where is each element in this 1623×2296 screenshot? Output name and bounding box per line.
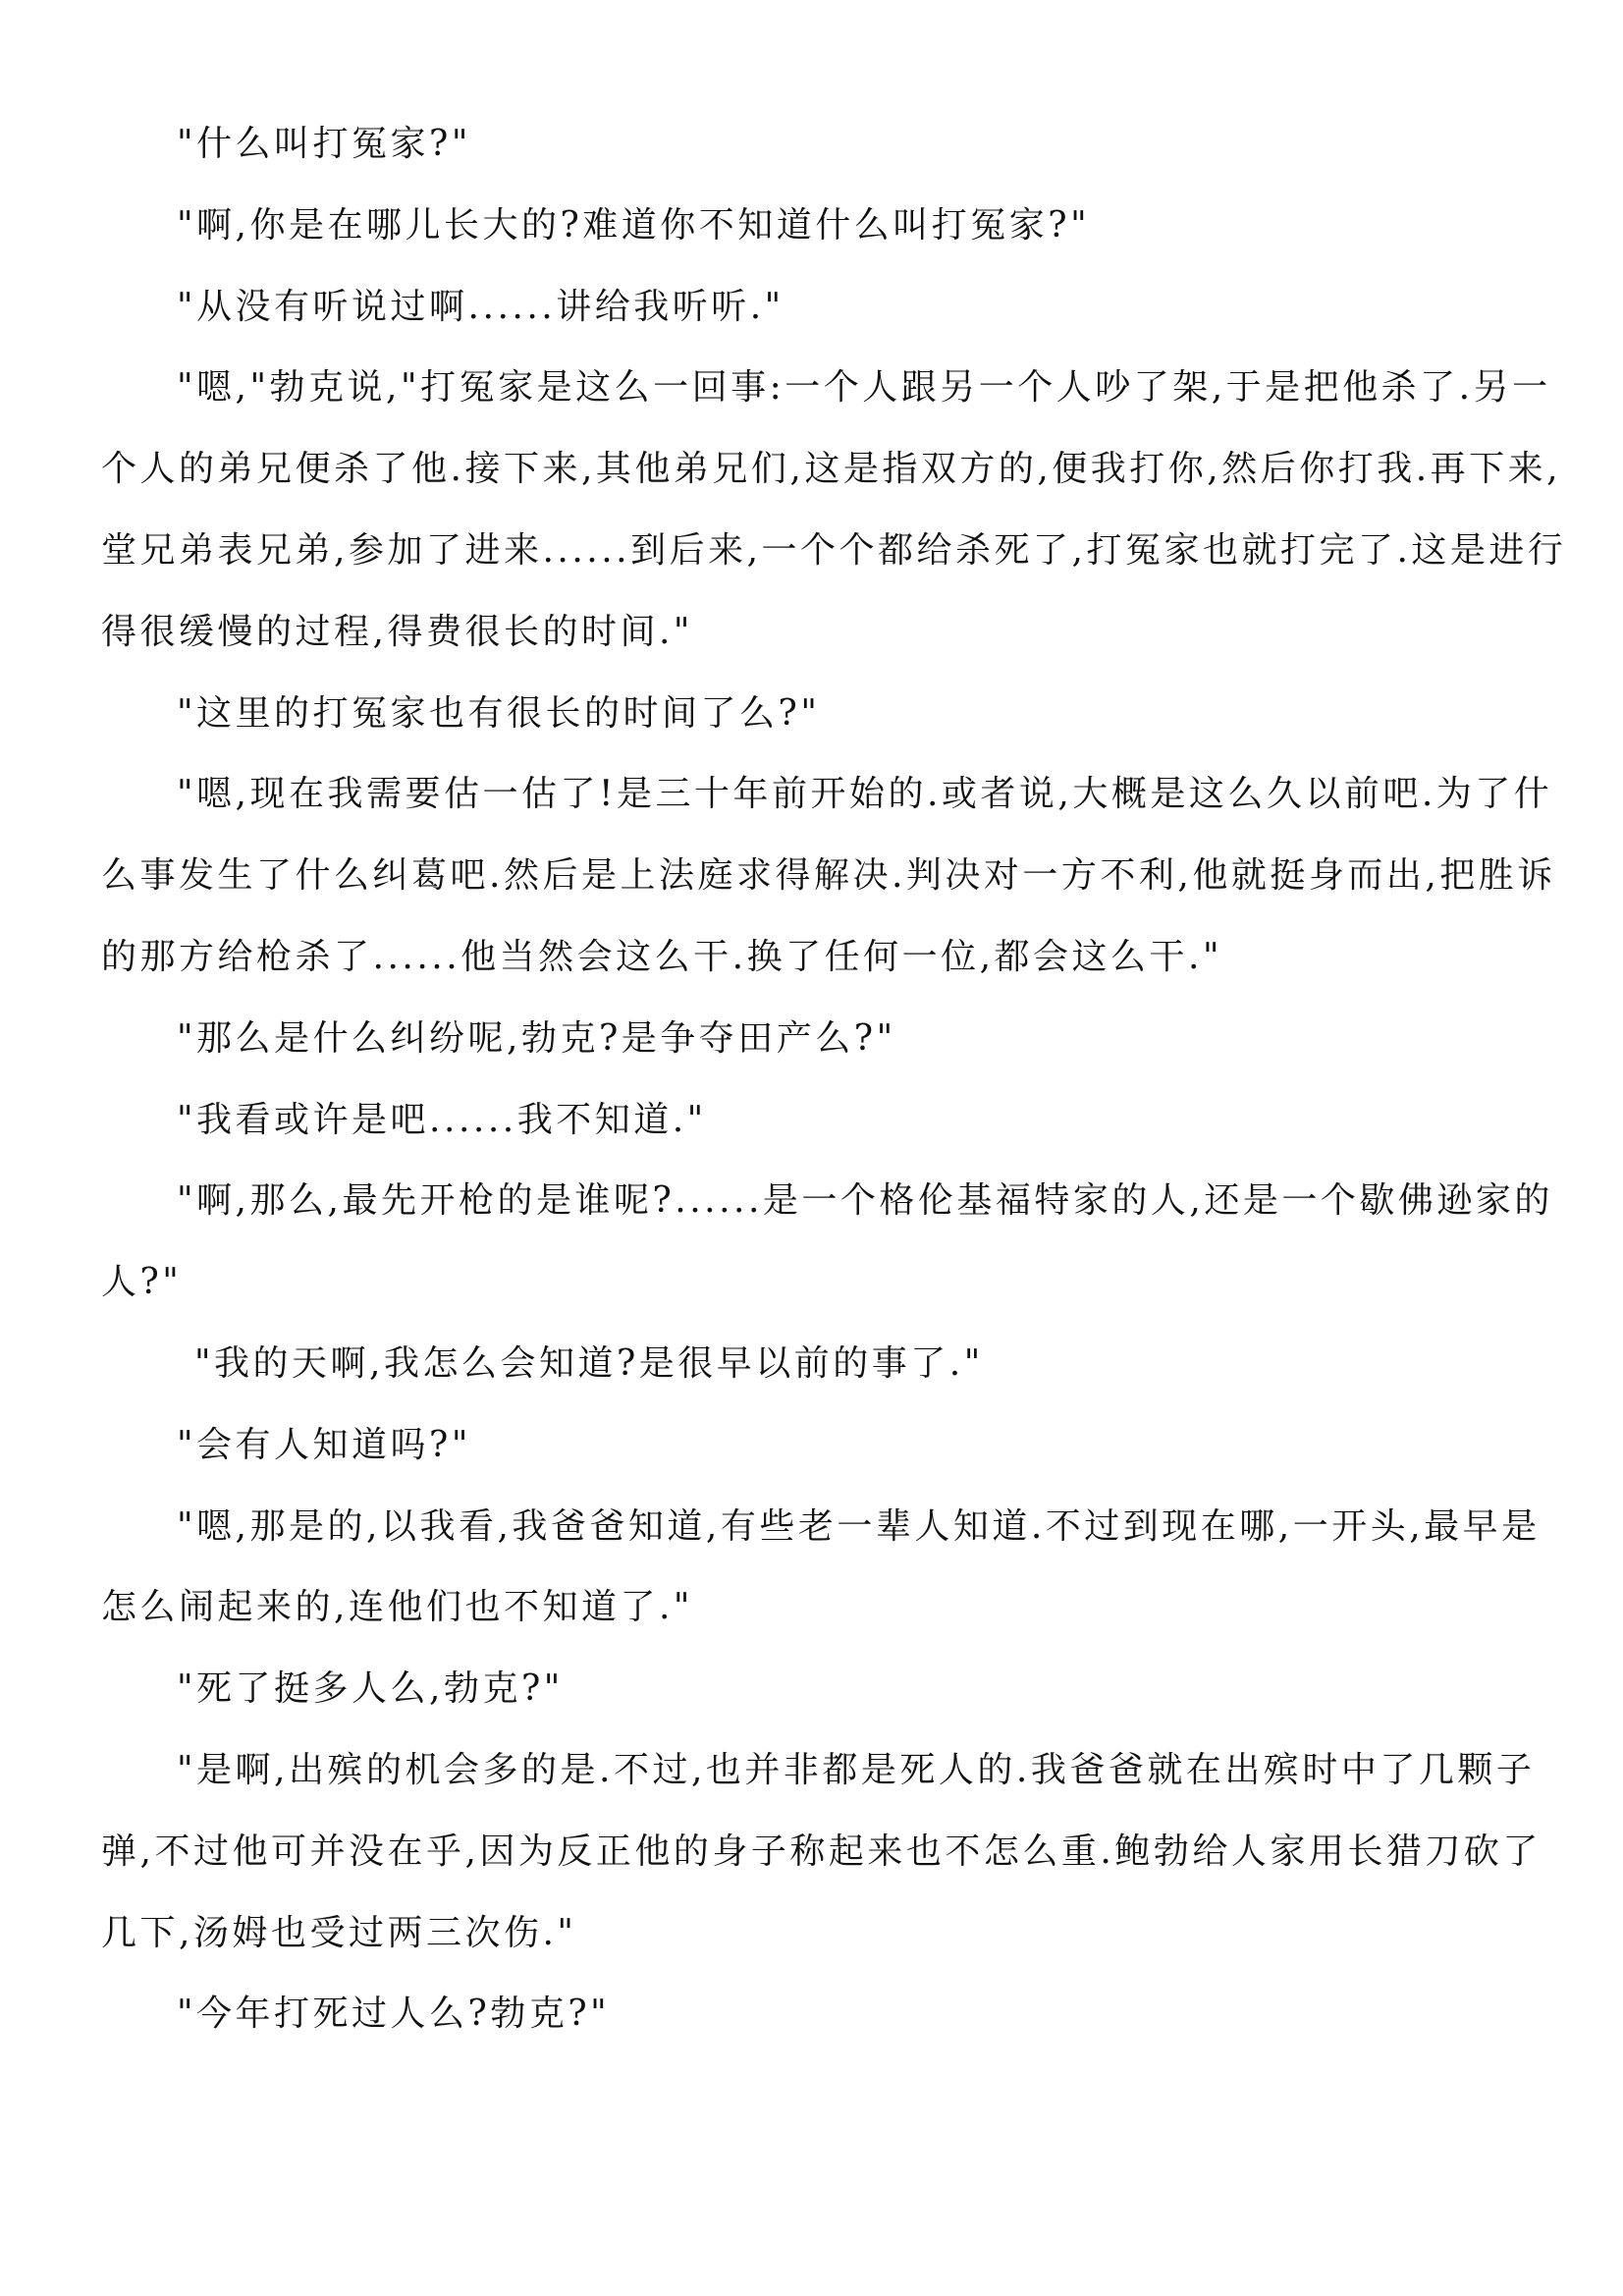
paragraph-line: "从没有听说过啊......讲给我听听." [101,267,1527,349]
paragraph-line: "是啊,出殡的机会多的是.不过,也并非都是死人的.我爸爸就在出殡时中了几颗子 [101,1730,1527,1812]
paragraph-line: "嗯,"勃克说,"打冤家是这么一回事:一个人跟另一个人吵了架,于是把他杀了.另一 [101,348,1527,429]
paragraph-line: 得很缓慢的过程,得费很长的时间." [101,592,1527,674]
paragraph-line: "嗯,那是的,以我看,我爸爸知道,有些老一辈人知道.不过到现在哪,一开头,最早是 [101,1487,1527,1568]
paragraph-line: "什么叫打冤家?" [101,104,1527,186]
paragraph-line: "这里的打冤家也有很长的时间了么?" [101,674,1527,755]
paragraph-line: 的那方给枪杀了......他当然会这么干.换了任何一位,都会这么干." [101,917,1527,999]
paragraph-line: "今年打死过人么?勃克?" [101,1974,1527,2055]
paragraph-line: 堂兄弟表兄弟,参加了进来......到后来,一个个都给杀死了,打冤家也就打完了.… [101,511,1527,592]
paragraph-line: 弹,不过他可并没在乎,因为反正他的身子称起来也不怎么重.鲍勃给人家用长猎刀砍了 [101,1812,1527,1893]
paragraph-line: "啊,你是在哪儿长大的?难道你不知道什么叫打冤家?" [101,186,1527,267]
paragraph-line: "那么是什么纠纷呢,勃克?是争夺田产么?" [101,999,1527,1080]
paragraph-line: "啊,那么,最先开枪的是谁呢?......是一个格伦基福特家的人,还是一个歇佛逊… [101,1161,1527,1242]
paragraph-line: 怎么闹起来的,连他们也不知道了." [101,1567,1527,1649]
paragraph-line: 个人的弟兄便杀了他.接下来,其他弟兄们,这是指双方的,便我打你,然后你打我.再下… [101,429,1527,511]
paragraph-line: "嗯,现在我需要估一估了!是三十年前开始的.或者说,大概是这么久以前吧.为了什 [101,754,1527,836]
paragraph-line: 几下,汤姆也受过两三次伤." [101,1893,1527,1975]
paragraph-line: 么事发生了什么纠葛吧.然后是上法庭求得解决.判决对一方不利,他就挺身而出,把胜诉 [101,836,1527,917]
paragraph-line: "我看或许是吧......我不知道." [101,1080,1527,1162]
paragraph-line: "我的天啊,我怎么会知道?是很早以前的事了." [101,1324,1527,1405]
paragraph-line: "死了挺多人么,勃克?" [101,1649,1527,1730]
document-page: "什么叫打冤家?" "啊,你是在哪儿长大的?难道你不知道什么叫打冤家?" "从没… [101,104,1527,2055]
paragraph-line: 人?" [101,1242,1527,1324]
paragraph-line: "会有人知道吗?" [101,1405,1527,1487]
